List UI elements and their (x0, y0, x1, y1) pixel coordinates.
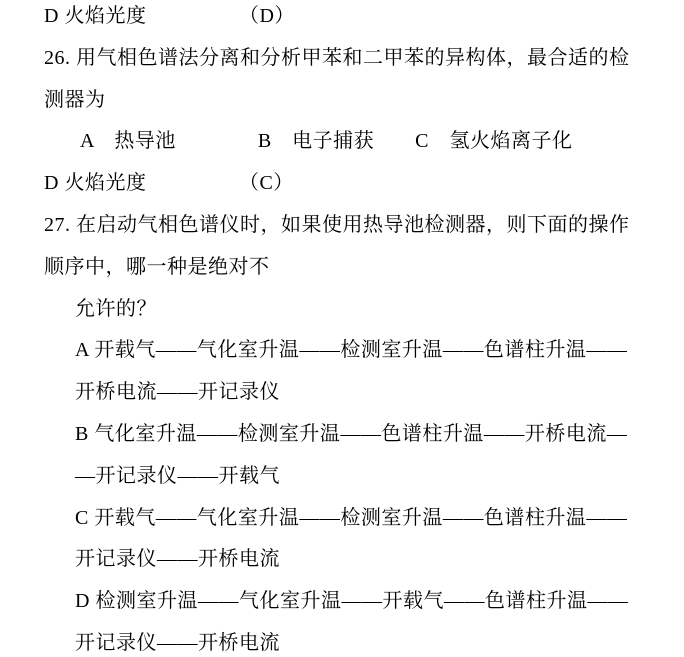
answer-line-q25: D 火焰光度 （D） (44, 0, 684, 38)
q27-option-a-line-1: A 开载气——气化室升温——检测室升温——色谱柱升温—— (75, 330, 684, 372)
question-27-text-line-1: 27. 在启动气相色谱仪时，如果使用热导池检测器，则下面的操作 (44, 205, 684, 247)
q27-option-a-line-2: 开桥电流——开记录仪 (75, 372, 684, 414)
document-page: D 火焰光度 （D） 26. 用气相色谱法分离和分析甲苯和二甲苯的异构体，最合适… (0, 0, 684, 657)
q27-option-b-line-2: —开记录仪——开载气 (75, 456, 684, 498)
q27-option-c-line-1: C 开载气——气化室升温——检测室升温——色谱柱升温—— (75, 498, 684, 540)
q27-option-c-line-2: 开记录仪——开桥电流 (75, 539, 684, 581)
q27-option-d-line-2: 开记录仪——开桥电流 (75, 623, 684, 657)
question-26-options-row: A 热导池 B 电子捕获 C 氢火焰离子化 (80, 121, 684, 163)
q27-option-d-line-1: D 检测室升温——气化室升温——开载气——色谱柱升温—— (75, 581, 684, 623)
question-27-text-line-3: 允许的？ (75, 289, 684, 331)
q27-option-b-line-1: B 气化室升温——检测室升温——色谱柱升温——开桥电流— (75, 414, 684, 456)
question-26-text-line-2: 测器为 (44, 80, 684, 122)
question-26-text-line-1: 26. 用气相色谱法分离和分析甲苯和二甲苯的异构体，最合适的检 (44, 38, 684, 80)
answer-line-q26: D 火焰光度 （C） (44, 163, 684, 205)
question-27-text-line-2: 顺序中，哪一种是绝对不 (44, 247, 684, 289)
